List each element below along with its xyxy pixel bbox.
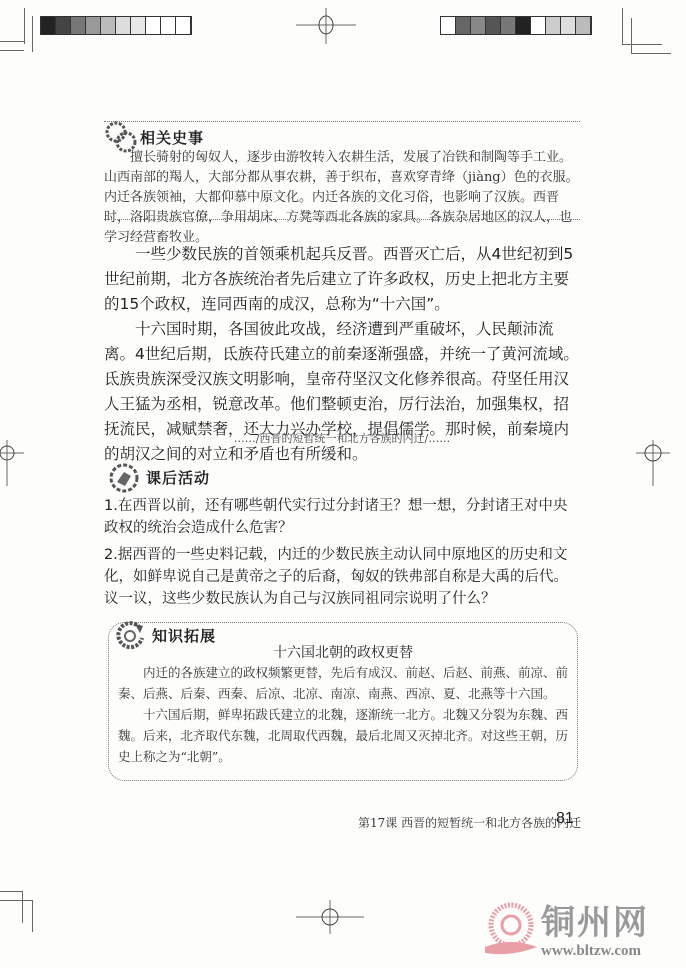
color-swatch (456, 17, 471, 34)
color-swatch (546, 17, 561, 34)
section-divider: ……/西晋的短暂统一和北方各族的内迁/…… (104, 430, 580, 446)
color-swatch (41, 17, 56, 34)
crop-mark (0, 41, 24, 42)
color-swatch (71, 17, 86, 34)
section-title-after-class: 课后活动 (146, 467, 210, 488)
knowledge-subtitle: 十六国北朝的政权更替 (108, 642, 578, 662)
registration-mark-icon (296, 900, 364, 936)
crop-mark (622, 44, 662, 45)
color-swatch (56, 17, 71, 34)
crop-mark (631, 18, 632, 54)
color-swatch (146, 17, 161, 34)
registration-mark-icon (0, 440, 26, 486)
crop-mark (631, 53, 671, 54)
color-swatch (176, 17, 191, 34)
color-swatch (471, 17, 486, 34)
crop-mark (22, 891, 23, 923)
knowledge-text: 内迁的各族建立的政权频繁更替，先后有成汉、前赵、后赵、前燕、前凉、前秦、后燕、后… (118, 662, 570, 767)
watermark-logo-icon (483, 901, 539, 961)
watermark-brand: 铜州网 (541, 895, 649, 944)
main-paragraph: 一些少数民族的首领乘机起兵反晋。西晋灭亡后，从4世纪初到5世纪前期，北方各族统治… (104, 242, 580, 317)
crop-mark (32, 16, 33, 52)
section-title-related-history: 相关史事 (140, 127, 204, 148)
knowledge-paragraph: 内迁的各族建立的政权频繁更替，先后有成汉、前赵、后赵、前燕、前凉、前秦、后燕、后… (118, 662, 570, 704)
color-swatch (501, 17, 516, 34)
related-history-text: 擅长骑射的匈奴人，逐步由游牧转入农耕生活，发展了冶铁和制陶等手工业。山西南部的羯… (104, 148, 580, 248)
color-swatch (531, 17, 546, 34)
crop-mark (0, 891, 22, 892)
color-swatch (101, 17, 116, 34)
color-swatch (116, 17, 131, 34)
color-swatch (161, 17, 176, 34)
after-class-questions: 1.在西晋以前，还有哪些朝代实行过分封诸王？想一想，分封诸王对中央政权的统治会造… (104, 495, 580, 610)
color-calibration-bar-right (440, 16, 592, 35)
crop-mark (0, 900, 32, 901)
color-swatch (441, 17, 456, 34)
color-swatch (576, 17, 591, 34)
question-item: 2.据西晋的一些史料记载，内迁的少数民族主动认同中原地区的历史和文化，如鲜卑说自… (104, 544, 580, 610)
knowledge-paragraph: 十六国后期，鲜卑拓跋氏建立的北魏，逐渐统一北方。北魏又分裂为东魏、西魏。后来，北… (118, 704, 570, 767)
page-number: 81 (556, 810, 574, 828)
color-swatch (561, 17, 576, 34)
color-swatch (131, 17, 146, 34)
crop-mark (0, 50, 24, 51)
color-swatch (516, 17, 531, 34)
color-swatch (486, 17, 501, 34)
registration-mark-icon (296, 8, 356, 44)
crop-mark (24, 8, 25, 44)
crop-mark (32, 900, 33, 932)
watermark: 铜州网 www.bltzw.com (483, 895, 683, 965)
book-badge-icon (108, 462, 140, 494)
divider (104, 219, 580, 220)
crop-mark (622, 8, 623, 44)
color-calibration-bar-left (40, 16, 192, 35)
color-swatch (86, 17, 101, 34)
question-item: 1.在西晋以前，还有哪些朝代实行过分封诸王？想一想，分封诸王对中央政权的统治会造… (104, 495, 580, 539)
running-footer: 第17课 西晋的短暂统一和北方各族的内迁 (358, 814, 581, 831)
watermark-url: www.bltzw.com (541, 943, 641, 960)
registration-mark-icon (632, 440, 672, 486)
divider (104, 121, 580, 122)
